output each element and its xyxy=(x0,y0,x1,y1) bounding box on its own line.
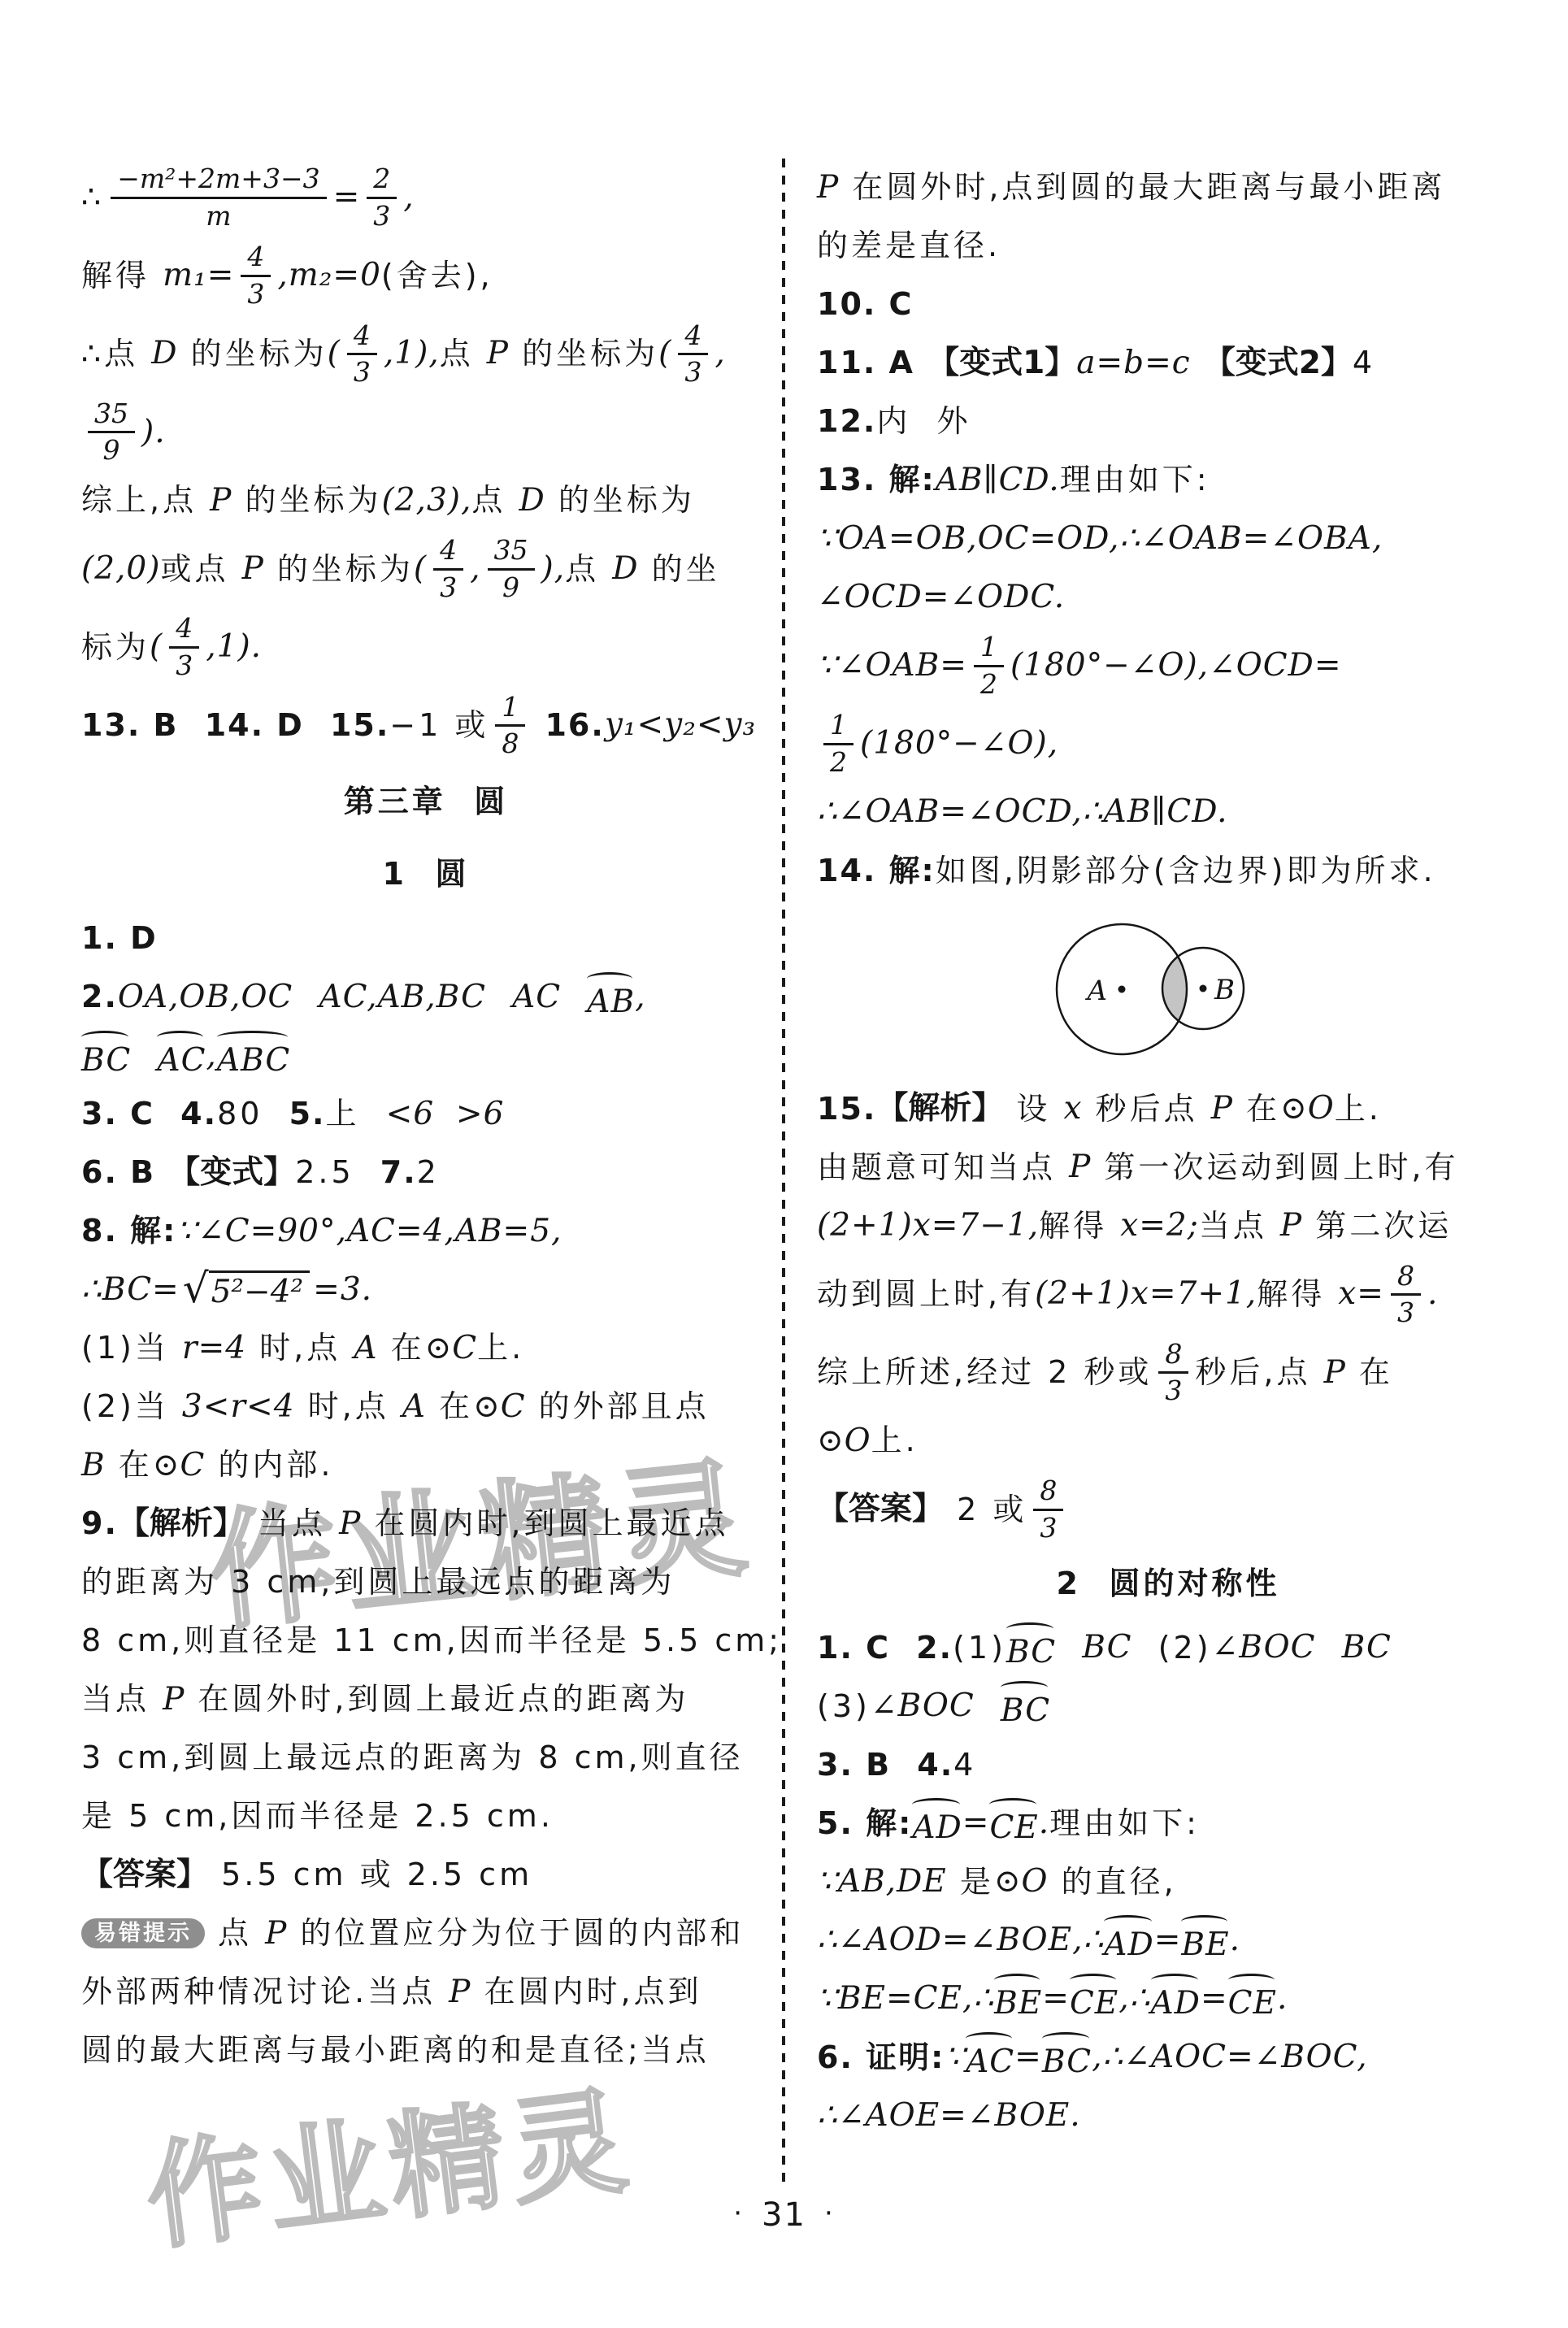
math-text: ∵∠OAB= xyxy=(817,646,967,686)
text: 点 xyxy=(565,549,612,589)
math-text: ∠BOC xyxy=(871,1687,975,1726)
math-text: x xyxy=(1064,1089,1083,1129)
math-text: . xyxy=(1277,1979,1288,2019)
bold-answer: 6. B xyxy=(81,1153,155,1192)
solution-line: 1. C 2.(1)BC BC (2)∠BOC BC xyxy=(817,1618,1519,1677)
text: 点 xyxy=(440,334,487,374)
math-text: AC,AB,BC xyxy=(319,978,485,1018)
solution-line: 9.【解析】 当点 P 在圆内时,到圆上最近点 xyxy=(81,1495,771,1553)
math-text: P xyxy=(265,1914,287,1954)
fraction-denominator: 3 xyxy=(1158,1374,1188,1405)
text: (3) xyxy=(817,1687,871,1726)
math-text: ∠BOC xyxy=(1212,1628,1316,1668)
text: 的坐标为 xyxy=(545,480,695,520)
text: 解得 xyxy=(81,256,163,296)
math-text: = xyxy=(1154,1921,1182,1961)
math-text: ⊙C xyxy=(473,1388,526,1427)
solution-line: 是 5 cm,因而半径是 2.5 cm. xyxy=(81,1787,771,1846)
diagram-line: A B xyxy=(817,901,1519,1080)
fraction: 12 xyxy=(823,711,853,776)
section-1-heading: 1 圆 xyxy=(81,840,771,910)
math-text: , xyxy=(403,178,414,218)
solution-line: 14. 解:如图,阴影部分(含边界)即为所求. xyxy=(817,842,1519,901)
text: 当点 xyxy=(245,1504,339,1544)
text: 当点 xyxy=(81,1679,163,1719)
arc-notation: BC xyxy=(1006,1633,1056,1673)
text: 外部两种情况讨论.当点 xyxy=(81,1972,449,2012)
solution-line: ∵∠OAB=12(180°−∠O),∠OCD= xyxy=(817,627,1519,705)
solution-line: 8. 解:∵∠C=90°,AC=4,AB=5, xyxy=(81,1202,771,1261)
solution-line: ∴∠OAB=∠OCD,∴AB∥CD. xyxy=(817,784,1519,842)
text: 上. xyxy=(1335,1089,1382,1129)
math-text: x= xyxy=(1338,1275,1384,1314)
fraction-numerator: 4 xyxy=(241,243,271,277)
text: 如图,阴影部分(含边界)即为所求. xyxy=(936,851,1436,891)
bold-answer: 13. 解: xyxy=(817,460,936,500)
fraction-numerator: 4 xyxy=(678,322,708,356)
text: 在圆内时,点到 xyxy=(471,1972,701,2012)
text: 点 xyxy=(218,1913,265,1953)
math-text: ∵BE=CE,∴ xyxy=(817,1979,994,2019)
math-text: D xyxy=(151,334,177,374)
text: 8 cm,则直径是 11 cm,因而半径是 5.5 cm; xyxy=(81,1621,782,1661)
column-divider xyxy=(782,159,785,2187)
solution-line: 3. C 4.80 5.上 <6 >6 xyxy=(81,1085,771,1144)
text: 2 xyxy=(417,1153,440,1192)
math-text: ⊙C xyxy=(425,1329,478,1369)
text: 在圆内时,到圆上最近点 xyxy=(361,1504,728,1544)
text: 时,点 xyxy=(295,1387,402,1427)
math-text: , xyxy=(206,1036,216,1076)
text: ∴ xyxy=(81,177,104,217)
fraction: 23 xyxy=(367,165,397,230)
arc-notation: BE xyxy=(994,1984,1042,2024)
fraction-numerator: 4 xyxy=(347,322,377,356)
circle-b-label: B xyxy=(1214,974,1235,1006)
bold-answer: 3. B xyxy=(817,1745,891,1785)
text xyxy=(890,1628,916,1668)
fraction: 43 xyxy=(433,536,463,602)
fraction-denominator: 2 xyxy=(823,745,853,777)
math-text: B xyxy=(81,1446,106,1486)
text: 动到圆上时,有 xyxy=(817,1275,1035,1314)
text: 的坐标为 xyxy=(264,549,414,589)
math-text: ( xyxy=(414,549,427,589)
fraction-numerator: −m²+2m+3−3 xyxy=(111,165,326,199)
solution-line: B 在⊙C 的内部. xyxy=(81,1436,771,1495)
math-text: ⊙O xyxy=(817,1422,871,1462)
solution-line: ∴点 D 的坐标为(43,1),点 P 的坐标为(43, xyxy=(81,315,771,393)
math-text: P xyxy=(339,1505,361,1544)
math-text: P xyxy=(1069,1148,1091,1188)
bold-answer: 14. D xyxy=(205,706,304,745)
math-text: P xyxy=(449,1973,471,2013)
bold-answer: 5. 解: xyxy=(817,1804,912,1844)
bold-answer: 7. xyxy=(380,1153,417,1192)
text: 上. xyxy=(871,1421,919,1461)
bracket-label: 【解析】 xyxy=(876,1088,1003,1130)
fraction-denominator: 3 xyxy=(433,571,463,602)
math-text: P xyxy=(487,334,509,374)
math-text: <6 >6 xyxy=(386,1095,505,1135)
radicand: 5²−4² xyxy=(209,1270,311,1310)
text: 的内部. xyxy=(205,1445,333,1485)
solution-line: 由题意可知当点 P 第一次运动到圆上时,有 xyxy=(817,1139,1519,1197)
math-text: (2+1)x=7−1, xyxy=(817,1206,1039,1246)
solution-line: 13. 解:AB∥CD.理由如下: xyxy=(817,451,1519,510)
text xyxy=(532,706,545,745)
math-text: ,1). xyxy=(206,628,262,667)
solution-line: 当点 P 在圆外时,到圆上最近点的距离为 xyxy=(81,1670,771,1729)
math-text: m₁= xyxy=(163,256,234,296)
math-text: ( xyxy=(150,628,163,667)
solution-line: 5. 解:AD=CE.理由如下: xyxy=(817,1794,1519,1852)
bracket-label: 【变式2】 xyxy=(1204,343,1353,384)
fraction-numerator: 4 xyxy=(169,615,199,649)
solution-line: ∵AB,DE 是⊙O 的直径, xyxy=(817,1852,1519,1911)
text: 在 xyxy=(377,1328,424,1368)
arc-notation: AC xyxy=(157,1041,206,1081)
fraction-numerator: 1 xyxy=(974,633,1004,667)
text xyxy=(1315,1628,1341,1668)
text: 设 xyxy=(1003,1089,1063,1129)
solution-line: 12(180°−∠O), xyxy=(817,705,1519,783)
text: 上. xyxy=(477,1328,524,1368)
solution-line: 2.OA,OB,OC AC,AB,BC AC AB, xyxy=(81,968,771,1027)
text xyxy=(561,977,587,1017)
text xyxy=(1056,1628,1082,1668)
math-text: . xyxy=(1230,1921,1240,1961)
solution-line: 外部两种情况讨论.当点 P 在圆内时,点到 xyxy=(81,1963,771,2022)
fraction-denominator: 3 xyxy=(678,355,708,387)
text: 是 5 cm,因而半径是 2.5 cm. xyxy=(81,1796,554,1836)
arc-notation: BE xyxy=(1181,1926,1229,1965)
fraction-numerator: 2 xyxy=(367,165,397,199)
circle-a-label: A xyxy=(1085,975,1108,1007)
math-text: = xyxy=(1201,1979,1228,2019)
text: 的坐标为 xyxy=(509,334,658,374)
text: 在圆外时,点到圆的最大距离与最小距离 xyxy=(839,167,1445,207)
text: 理由如下: xyxy=(1049,1804,1200,1844)
text: 理由如下: xyxy=(1060,460,1210,500)
text: 秒后点 xyxy=(1083,1089,1211,1129)
math-text: OA,OB,OC xyxy=(118,978,293,1018)
solution-line: ∴∠AOD=∠BOE,∴AD=BE. xyxy=(817,1911,1519,1970)
text: (2) xyxy=(1132,1628,1212,1668)
fraction: 43 xyxy=(347,322,377,387)
solution-line: (2)当 3<r<4 时,点 A 在⊙C 的外部且点 xyxy=(81,1378,771,1436)
bold-answer: 15. xyxy=(817,1089,876,1129)
fraction-denominator: 3 xyxy=(367,199,397,231)
text: 上 xyxy=(325,1094,385,1134)
math-text: = xyxy=(333,178,361,218)
math-text: P xyxy=(210,481,232,521)
text: 的位置应分为位于圆的内部和 xyxy=(287,1913,744,1953)
bracket-label: 【变式】 xyxy=(168,1153,295,1194)
center-dot-a xyxy=(1118,985,1126,992)
text xyxy=(914,343,927,383)
fraction: 83 xyxy=(1033,1477,1063,1542)
solution-line: 6. B 【变式】2.5 7.2 xyxy=(81,1144,771,1202)
bold-answer: 16. xyxy=(545,706,604,745)
bold-answer: 14. 解: xyxy=(817,851,936,891)
text: 时,点 xyxy=(246,1328,354,1368)
left-column: ∴−m²+2m+3−3m=23,解得 m₁=43,m₂=0(舍去),∴点 D 的… xyxy=(81,159,771,2080)
bold-answer: 12. xyxy=(817,402,876,441)
math-text: A xyxy=(402,1388,426,1427)
text xyxy=(891,1745,917,1785)
text xyxy=(154,1094,180,1134)
arc-notation: BC xyxy=(1042,2043,1092,2083)
solution-line: 11. A 【变式1】a=b=c 【变式2】4 xyxy=(817,334,1519,393)
text: 的距离为 3 cm,到圆上最远点的距离为 xyxy=(81,1562,675,1602)
math-text: D xyxy=(612,549,638,589)
math-text: AB∥CD. xyxy=(936,461,1060,501)
arc-notation: ABC xyxy=(217,1041,290,1081)
arc-notation: CE xyxy=(989,1809,1038,1848)
text: 在 xyxy=(106,1445,153,1485)
math-text: 3<r<4 xyxy=(182,1388,295,1427)
math-text: BC xyxy=(1342,1628,1392,1668)
fraction-numerator: 8 xyxy=(1391,1262,1421,1296)
math-text: (180°−∠O),∠OCD= xyxy=(1010,646,1342,686)
math-text: r=4 xyxy=(182,1329,246,1369)
fraction-numerator: 1 xyxy=(823,711,853,745)
math-text: AC xyxy=(512,978,561,1018)
bold-answer: 11. A xyxy=(817,343,914,383)
bracket-label: 【答案】 xyxy=(81,1855,208,1896)
text: (1)当 xyxy=(81,1328,182,1368)
text: 的直径, xyxy=(1049,1862,1177,1902)
math-text: BC xyxy=(1082,1628,1131,1668)
bold-answer: 9. xyxy=(81,1504,118,1544)
center-dot-b xyxy=(1200,984,1207,992)
bold-answer: 13. B xyxy=(81,706,179,745)
math-text: (2+1)x=7+1, xyxy=(1035,1275,1257,1314)
bracket-label: 【答案】 xyxy=(817,1489,944,1531)
math-text: ), xyxy=(541,549,566,589)
venn-diagram: A B xyxy=(1008,901,1276,1080)
math-text: . xyxy=(1039,1804,1049,1844)
text: 在 xyxy=(1233,1089,1280,1129)
math-text: (180°−∠O), xyxy=(860,724,1058,764)
bold-answer: 15. xyxy=(330,706,389,745)
math-text: ( xyxy=(328,334,341,374)
fraction-denominator: 3 xyxy=(241,277,271,309)
text: (1) xyxy=(953,1628,1006,1668)
math-text: = xyxy=(1042,1979,1070,2019)
page-footer: ·31· xyxy=(0,2196,1568,2234)
text: 的坐标为 xyxy=(232,480,381,520)
text: 4 xyxy=(953,1745,976,1785)
fraction: 43 xyxy=(678,322,708,387)
text: 4 xyxy=(1353,343,1375,383)
math-text: (2,3), xyxy=(382,481,472,521)
solution-line: 3. B 4.4 xyxy=(817,1735,1519,1794)
text: 点 xyxy=(471,480,519,520)
solution-line: ∵OA=OB,OC=OD,∴∠OAB=∠OBA, xyxy=(817,510,1519,568)
solution-line: 1. D xyxy=(81,910,771,968)
text: 在圆外时,到圆上最近点的距离为 xyxy=(185,1679,688,1719)
fraction-denominator: 3 xyxy=(1391,1296,1421,1327)
math-text: ( xyxy=(658,334,671,374)
fraction: 43 xyxy=(169,615,199,680)
math-text: P xyxy=(1324,1353,1346,1393)
solution-line: (1)当 r=4 时,点 A 在⊙C上. xyxy=(81,1319,771,1378)
watermark-text: 作业精灵 xyxy=(137,2048,641,2272)
solution-line: 综上,点 P 的坐标为(2,3),点 D 的坐标为 xyxy=(81,471,771,530)
fraction-denominator: 2 xyxy=(974,667,1004,699)
solution-line: 综上所述,经过 2 秒或83秒后,点 P 在 xyxy=(817,1334,1519,1412)
fraction-numerator: 8 xyxy=(1033,1477,1063,1511)
fraction: 359 xyxy=(488,536,535,602)
fraction: −m²+2m+3−3m xyxy=(111,165,326,230)
math-text: y₁<y₂<y₃ xyxy=(605,706,756,745)
math-text: ∴∠OAB=∠OCD,∴AB∥CD. xyxy=(817,793,1228,832)
text xyxy=(975,1687,1001,1726)
solution-line: 3 cm,到圆上最远点的距离为 8 cm,则直径 xyxy=(81,1729,771,1787)
text xyxy=(304,706,330,745)
solution-line: 6. 证明:∵AC=BC,∴∠AOC=∠BOC, xyxy=(817,2028,1519,2087)
fraction-denominator: 8 xyxy=(495,727,525,758)
math-text: . xyxy=(1427,1275,1438,1314)
arc-notation: AC xyxy=(966,2043,1014,2083)
text: 第二次运 xyxy=(1302,1206,1452,1246)
math-text: ⊙O xyxy=(994,1862,1049,1902)
fraction: 83 xyxy=(1391,1262,1421,1327)
math-text: ∵OA=OB,OC=OD,∴∠OAB=∠OBA, xyxy=(817,519,1383,559)
text: (舍去), xyxy=(381,256,493,296)
text: 标为 xyxy=(81,628,150,667)
text: 在 xyxy=(426,1387,473,1427)
math-text: ,∴∠AOC=∠BOC, xyxy=(1092,2038,1367,2078)
fraction-numerator: 35 xyxy=(488,536,535,571)
math-text: x=2; xyxy=(1120,1206,1199,1246)
math-text: ∴∠AOD=∠BOE,∴ xyxy=(817,1921,1104,1961)
solution-line: 13. B 14. D 15.−1 或18 16.y₁<y₂<y₃ xyxy=(81,687,771,765)
solution-line: P 在圆外时,点到圆的最大距离与最小距离 xyxy=(817,159,1519,217)
solution-line: 359). xyxy=(81,393,771,471)
solution-line: ∴∠AOE=∠BOE. xyxy=(817,2087,1519,2145)
math-text: , xyxy=(635,978,645,1018)
section-2-heading: 2 圆的对称性 xyxy=(817,1548,1519,1618)
math-text: ∴∠AOE=∠BOE. xyxy=(817,2096,1081,2136)
math-text: P xyxy=(242,549,264,589)
solution-line: 15.【解析】 设 x 秒后点 P 在⊙O上. xyxy=(817,1080,1519,1139)
solution-line: 动到圆上时,有(2+1)x=7+1,解得 x=83. xyxy=(817,1256,1519,1334)
text xyxy=(131,1036,157,1075)
solution-line: (2+1)x=7−1,解得 x=2;当点 P 第二次运 xyxy=(817,1197,1519,1256)
text: 秒后,点 xyxy=(1195,1353,1323,1392)
square-root: √5²−4² xyxy=(183,1270,310,1310)
fraction-denominator: 9 xyxy=(496,571,526,602)
text: 的外部且点 xyxy=(526,1387,710,1427)
math-text: = xyxy=(1014,2038,1042,2078)
text: 第三章 圆 xyxy=(344,782,508,822)
solution-line: ∠OCD=∠ODC. xyxy=(817,568,1519,627)
text: 综上所述,经过 2 秒或 xyxy=(817,1353,1152,1392)
bold-answer: 6. 证明: xyxy=(817,2038,945,2078)
text: 2.5 xyxy=(295,1153,380,1192)
solution-line: 8 cm,则直径是 11 cm,因而半径是 5.5 cm; xyxy=(81,1612,771,1670)
math-text: ⊙O xyxy=(1280,1089,1335,1129)
fraction: 359 xyxy=(88,400,135,465)
math-text: ,1), xyxy=(384,334,440,374)
bold-answer: 4. xyxy=(180,1094,217,1134)
text: ∴点 xyxy=(81,334,151,374)
solution-line: ∴−m²+2m+3−3m=23, xyxy=(81,159,771,237)
solution-line: ∴BC=√5²−4²=3. xyxy=(81,1261,771,1319)
math-text: D xyxy=(519,481,545,521)
text: 圆的最大距离与最小距离的和是直径;当点 xyxy=(81,2030,710,2070)
math-text: ,m₂=0 xyxy=(277,256,381,296)
arc-notation: BC xyxy=(1001,1692,1050,1731)
text xyxy=(1191,343,1204,383)
text: 第一次运动到圆上时,有 xyxy=(1091,1148,1458,1188)
fraction-numerator: 8 xyxy=(1158,1340,1188,1375)
bold-answer: 2. xyxy=(916,1628,953,1668)
math-text: =3. xyxy=(313,1270,372,1310)
fraction: 12 xyxy=(974,633,1004,698)
bold-answer: 2. xyxy=(81,977,118,1017)
text xyxy=(486,977,512,1017)
radical-sign: √ xyxy=(183,1270,209,1307)
bold-answer: 5. xyxy=(289,1094,326,1134)
solution-line: ⊙O上. xyxy=(817,1412,1519,1470)
arc-notation: AD xyxy=(912,1809,962,1848)
bold-answer: 1. D xyxy=(81,919,158,958)
arc-notation: CE xyxy=(1070,1984,1118,2024)
footer-left-dot: · xyxy=(733,2197,744,2230)
footer-right-dot: · xyxy=(824,2197,835,2230)
bold-answer: 8. 解: xyxy=(81,1211,176,1251)
text: 3 cm,到圆上最远点的距离为 8 cm,则直径 xyxy=(81,1738,744,1778)
solution-line: 标为(43,1). xyxy=(81,608,771,686)
math-text: ⊙C xyxy=(153,1446,206,1486)
solution-line: (2,0)或点 P 的坐标为(43,359),点 D 的坐 xyxy=(81,530,771,608)
text xyxy=(293,977,319,1017)
text: 内 外 xyxy=(876,402,971,441)
venn-diagram-svg: A B xyxy=(1024,914,1276,1065)
text: 80 xyxy=(217,1094,289,1134)
text: (2)当 xyxy=(81,1387,182,1427)
solution-line: 的差是直径. xyxy=(817,217,1519,276)
text: 解得 xyxy=(1039,1206,1120,1246)
text: −1 或 xyxy=(389,706,489,745)
math-text: , xyxy=(715,334,725,374)
math-text: P xyxy=(817,168,839,208)
math-text: a=b=c xyxy=(1076,344,1190,384)
math-text: A xyxy=(354,1329,377,1369)
math-text: P xyxy=(1280,1206,1302,1246)
fraction-numerator: 4 xyxy=(433,536,463,571)
text: 解得 xyxy=(1257,1275,1338,1314)
solution-line: 10. C xyxy=(817,276,1519,334)
arc-notation: AD xyxy=(1151,1984,1201,2024)
arc-notation: CE xyxy=(1228,1984,1277,2024)
arc-notation: BC xyxy=(81,1041,131,1081)
text: 或点 xyxy=(160,549,241,589)
text: 5.5 cm 或 2.5 cm xyxy=(208,1855,532,1895)
fraction-numerator: 35 xyxy=(88,400,135,434)
fraction-denominator: 3 xyxy=(1033,1511,1063,1543)
text: 是 xyxy=(947,1862,994,1902)
solution-line: 12.内 外 xyxy=(817,393,1519,451)
solution-line: 的距离为 3 cm,到圆上最远点的距离为 xyxy=(81,1553,771,1612)
text: 的坐标为 xyxy=(178,334,328,374)
math-text: P xyxy=(1211,1089,1233,1129)
math-text: ∠OCD=∠ODC. xyxy=(817,578,1065,618)
